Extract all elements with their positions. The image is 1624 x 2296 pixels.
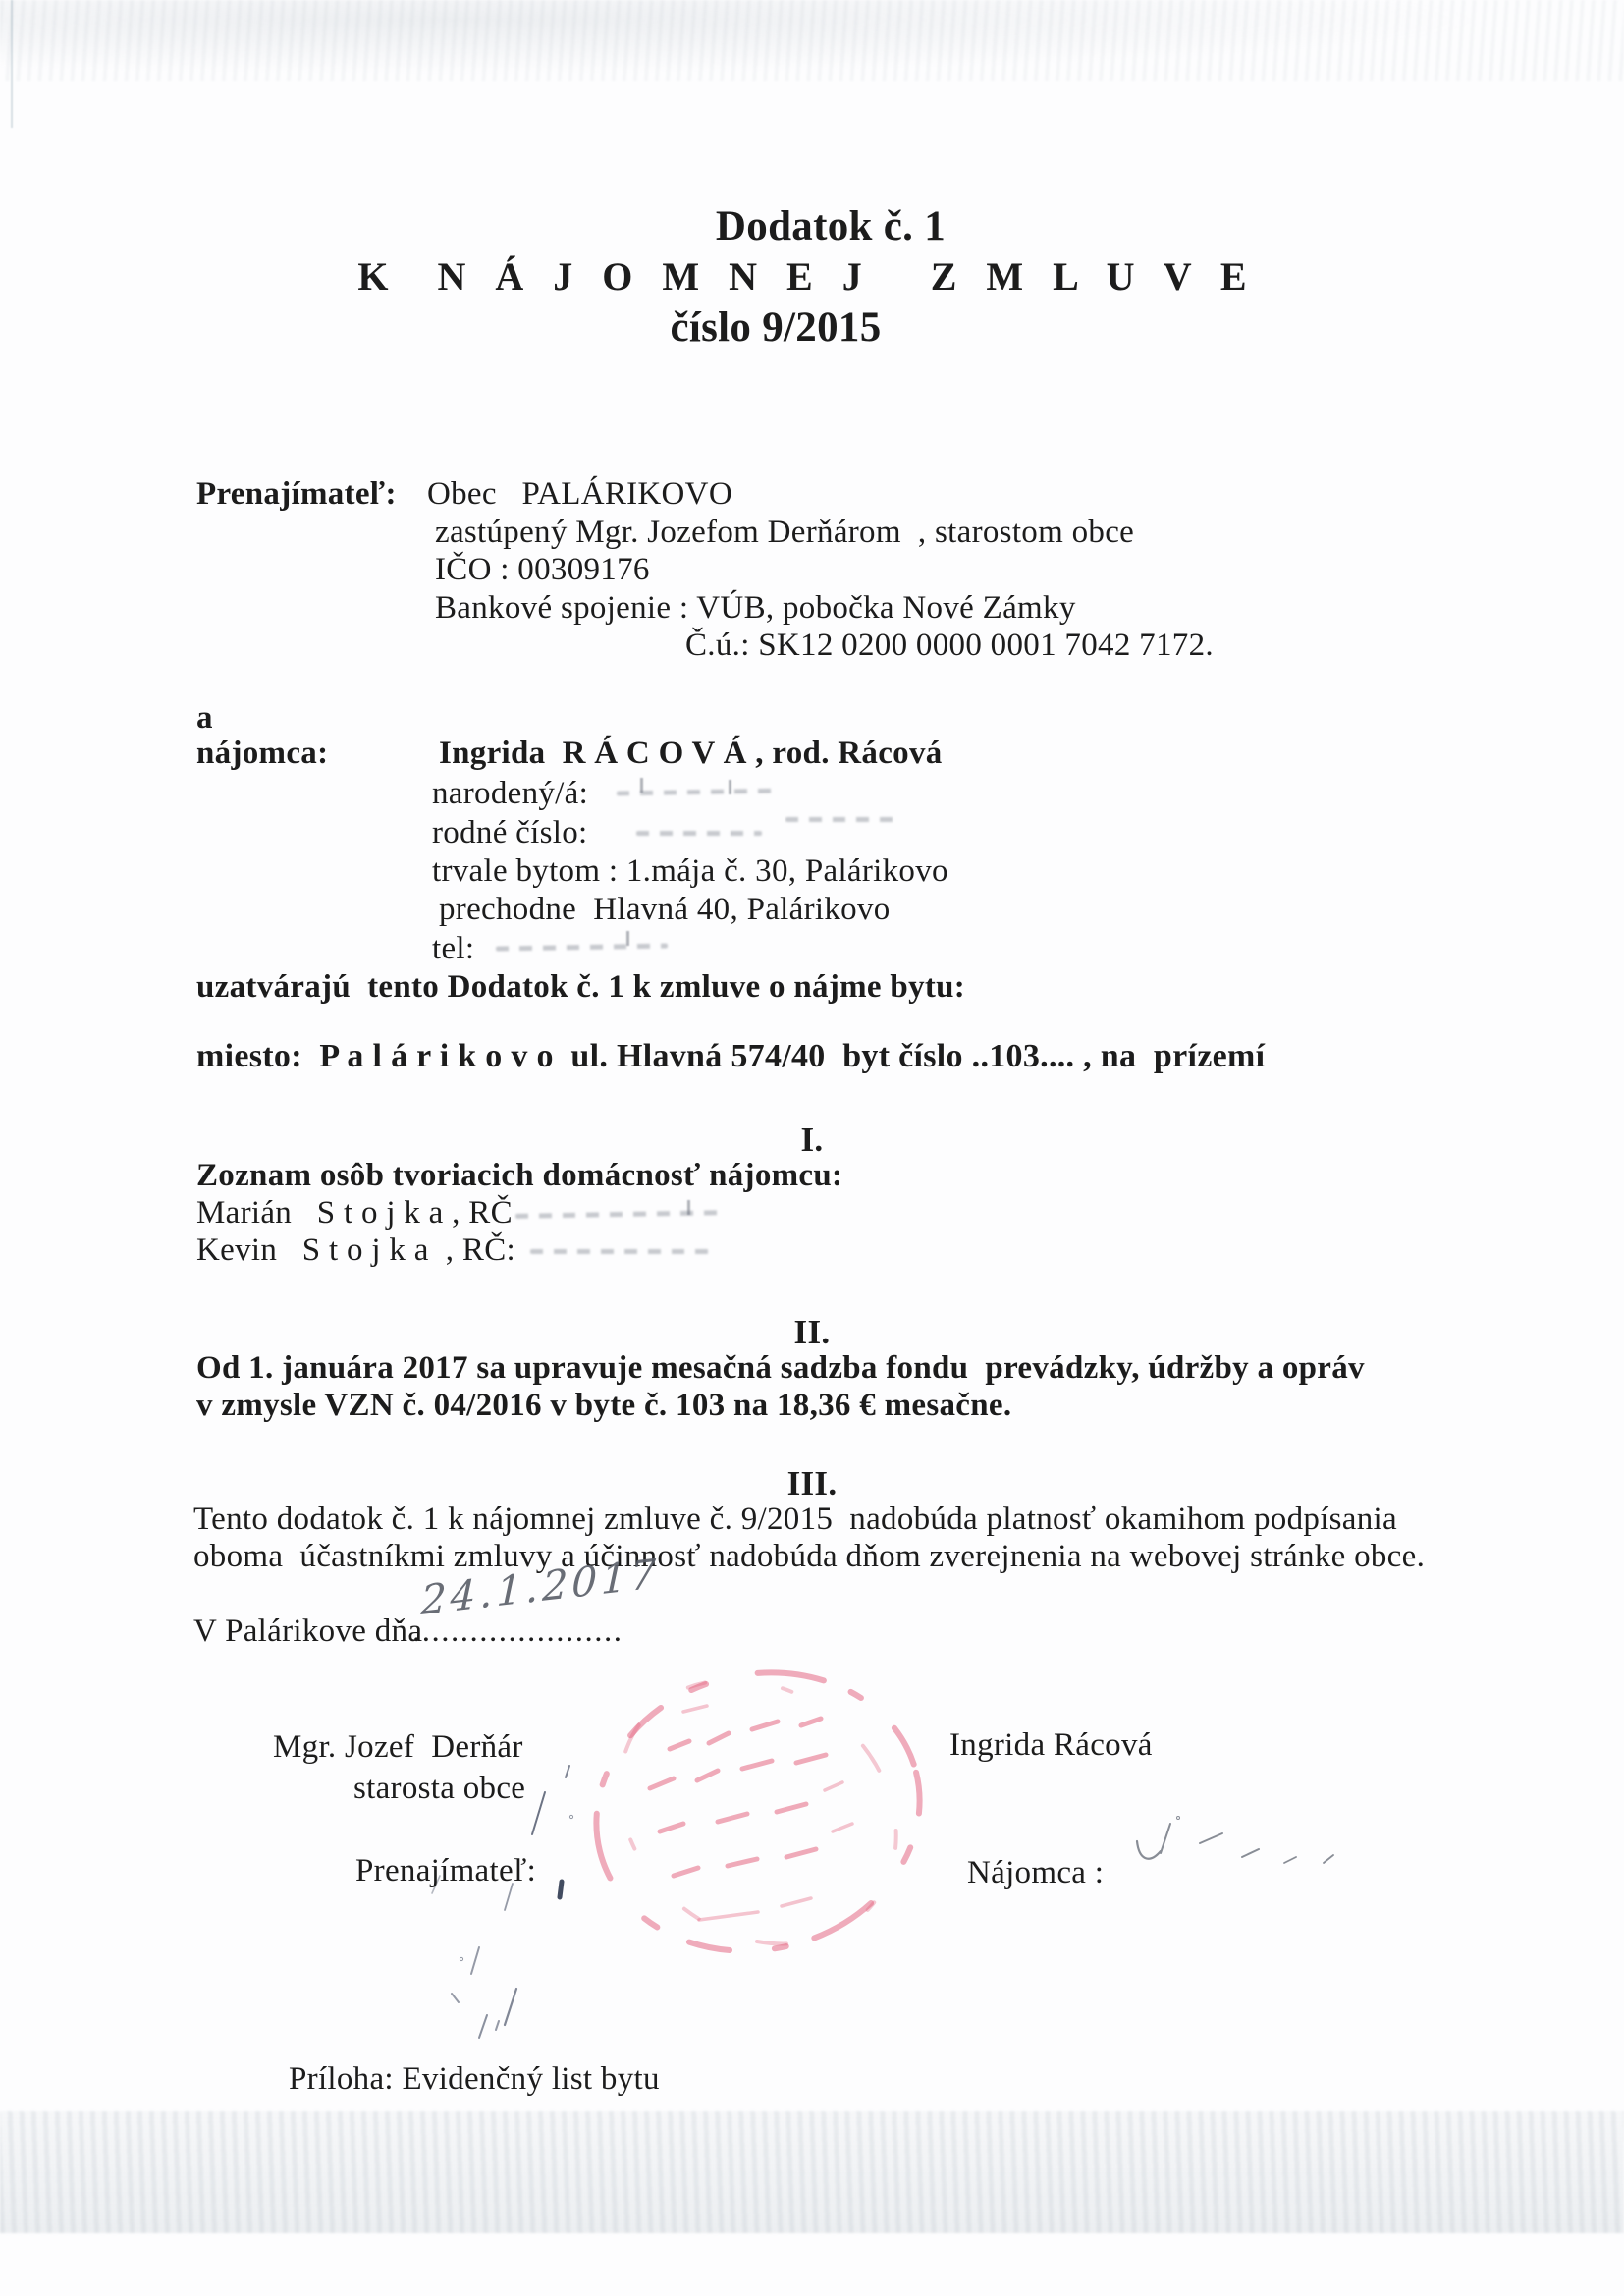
redacted-birthdate-mark — [640, 778, 643, 793]
redacted-phone-smudge — [496, 943, 668, 951]
tenant-temporary-address: prechodne Hlavná 40, Palárikovo — [439, 891, 891, 930]
landlord-ico: IČO : 00309176 — [435, 551, 650, 590]
scan-edge-artifact — [11, 0, 13, 128]
landlord-account-number: Č.ú.: SK12 0200 0000 0001 7042 7172. — [685, 627, 1214, 666]
conjunction-a: a — [196, 699, 213, 738]
redacted-birth-number-smudge — [785, 817, 901, 822]
document-title-line1: Dodatok č. 1 — [19, 201, 1624, 252]
redacted-member1-id-smudge — [515, 1210, 724, 1219]
landlord-name: Obec PALÁRIKOVO — [427, 475, 732, 515]
article2-line1: Od 1. januára 2017 sa upravuje mesačná s… — [196, 1349, 1365, 1389]
tenant-born-label: narodený/á: — [432, 775, 588, 814]
landlord-signature-label: Prenajímateľ: — [355, 1852, 536, 1891]
document-title-line2: K N Á J O M N E J Z M L U V E — [0, 253, 1619, 301]
redacted-birthdate-mark — [729, 780, 731, 794]
article3-line2: oboma účastníkmi zmluvy a účinnosť nadob… — [193, 1538, 1425, 1577]
article1-heading: I. — [0, 1120, 1624, 1161]
redacted-member1-id-mark — [687, 1200, 690, 1215]
tenant-name: Ingrida R Á C O V Á , rod. Rácová — [439, 735, 943, 774]
redacted-birth-number-smudge — [636, 831, 762, 836]
attachment-line: Príloha: Evidenčný list bytu — [289, 2060, 660, 2100]
tenant-label: nájomca: — [196, 735, 328, 774]
article3-heading: III. — [0, 1463, 1624, 1504]
document-title-line3: číslo 9/2015 — [0, 302, 1588, 354]
tenant-permanent-address: trvale bytom : 1.mája č. 30, Palárikovo — [432, 852, 948, 892]
article3-line1: Tento dodatok č. 1 k nájomnej zmluve č. … — [193, 1501, 1397, 1540]
tenant-signature — [1110, 1812, 1365, 1920]
article2-line2: v zmysle VZN č. 04/2016 v byte č. 103 na… — [196, 1387, 1011, 1426]
scan-noise-bottom — [0, 2111, 1624, 2233]
landlord-bank: Bankové spojenie : VÚB, pobočka Nové Zám… — [435, 589, 1076, 629]
redacted-member2-id-smudge — [530, 1249, 709, 1254]
article2-heading: II. — [0, 1312, 1624, 1353]
scan-noise-top — [0, 0, 1624, 81]
date-place-prefix: V Palárikove dňa — [193, 1613, 422, 1652]
landlord-label: Prenajímateľ: — [196, 475, 397, 515]
household-member-1: Marián S t o j k a , RČ — [196, 1194, 513, 1233]
scanned-document-page: Dodatok č. 1 K N Á J O M N E J Z M L U V… — [0, 0, 1624, 2296]
tenant-signatory-name: Ingrida Rácová — [949, 1726, 1153, 1766]
household-member-2: Kevin S t o j k a , RČ: — [196, 1231, 515, 1271]
landlord-representative: zastúpený Mgr. Jozefom Derňárom , staros… — [435, 514, 1134, 553]
article1-title: Zoznam osôb tvoriacich domácnosť nájomcu… — [196, 1157, 842, 1196]
tenant-phone-label: tel: — [432, 930, 474, 969]
landlord-signatory-name: Mgr. Jozef Derňár — [273, 1728, 523, 1768]
tenant-birth-number-label: rodné číslo: — [432, 814, 587, 853]
tenant-signature-label: Nájomca : — [967, 1854, 1104, 1893]
agreement-intro-line: uzatvárajú tento Dodatok č. 1 k zmluve o… — [196, 968, 965, 1008]
redacted-phone-mark — [626, 931, 629, 946]
landlord-signatory-role: starosta obce — [353, 1770, 525, 1809]
apartment-location-line: miesto: P a l á r i k o v o ul. Hlavná 5… — [196, 1037, 1265, 1077]
